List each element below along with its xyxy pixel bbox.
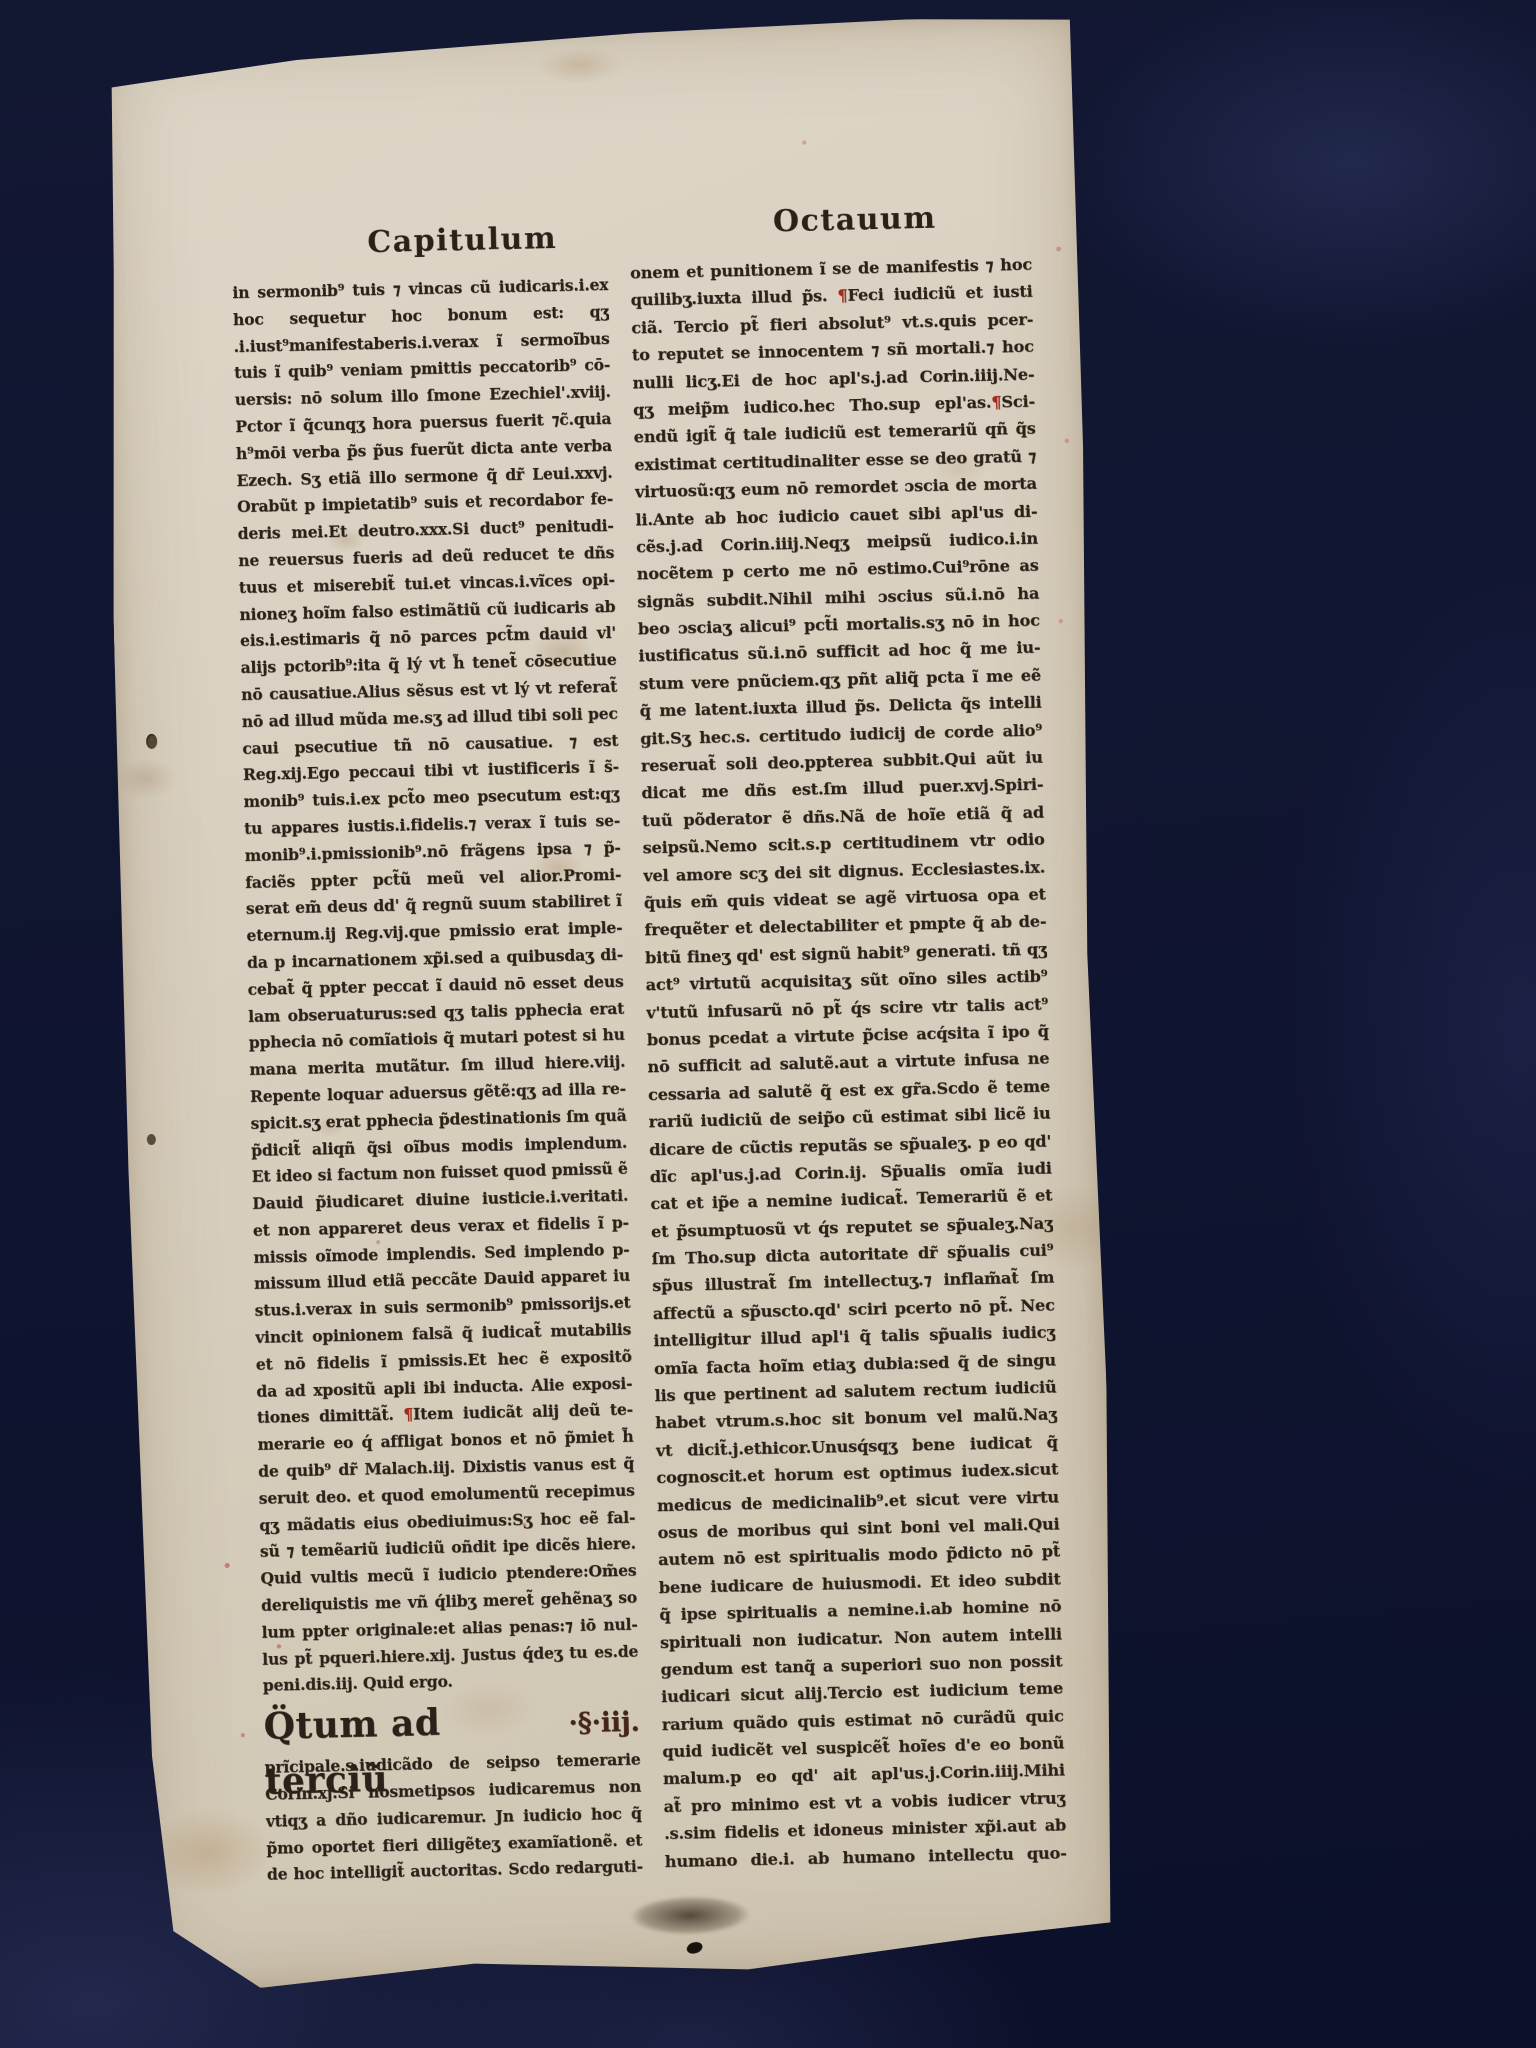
text-column-left: in sermonib⁹ tuis ⁊ vincas cũ iudicaris.… [232, 272, 643, 1889]
manuscript-leaf: Capitulum Octauum in sermonib⁹ tuis ⁊ vi… [101, 16, 1119, 1991]
wormhole [146, 734, 157, 749]
red-speckles [101, 37, 103, 39]
pilcrow-rubric: ¶ [403, 1405, 413, 1424]
pilcrow-rubric: ¶ [991, 392, 1002, 411]
wormhole [147, 1134, 156, 1145]
pilcrow-rubric: ¶ [837, 286, 848, 305]
left-column-lines: in sermonib⁹ tuis ⁊ vincas cũ iudicaris.… [232, 272, 639, 1700]
ink-smudge [609, 1885, 770, 1946]
running-title-capitulum: Capitulum [367, 221, 558, 260]
photo-of-incunable-leaf-on-velvet: { "colors": { "velvet": "#0f1430", "pape… [0, 0, 1536, 2048]
left-column-lines-after-heading: prĩcipale.s.iudicãdo de seipso temerarie… [264, 1747, 643, 1889]
right-column-lines: onem et punitionem ĩ se de manifestis ⁊ … [630, 251, 1067, 1875]
section-paragraph-mark: ·§·iij. [568, 1707, 640, 1740]
text-column-right: onem et punitionem ĩ se de manifestis ⁊ … [630, 251, 1067, 1875]
section-heading-row: Q̈tum ad terciũ ·§·iij. [263, 1692, 640, 1755]
running-title-octauum: Octauum [773, 201, 937, 240]
